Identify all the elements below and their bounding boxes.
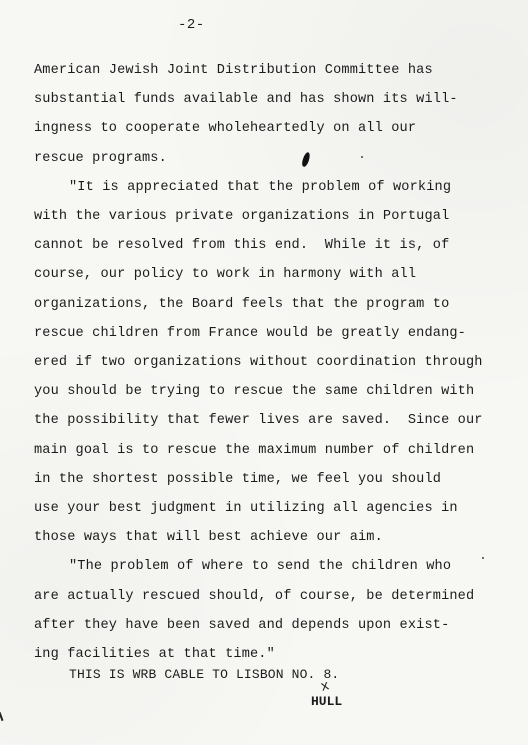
text-line: "The problem of where to send the childr… — [69, 558, 451, 576]
text-line: course, our policy to work in harmony wi… — [34, 266, 416, 284]
text-line: rescue programs. — [34, 150, 167, 168]
text-line: the possibility that fewer lives are sav… — [34, 412, 483, 430]
text-line: organizations, the Board feels that the … — [34, 296, 449, 314]
page-number: -2- — [178, 17, 205, 33]
speck — [482, 557, 484, 559]
text-line: use your best judgment in utilizing all … — [34, 500, 458, 518]
ink-blot — [301, 151, 311, 167]
text-line: substantial funds available and has show… — [34, 91, 458, 109]
text-line: rescue children from France would be gre… — [34, 325, 466, 343]
text-line: those ways that will best achieve our ai… — [34, 529, 383, 547]
closing-line: THIS IS WRB CABLE TO LISBON NO. 8. — [69, 666, 339, 684]
text-line: American Jewish Joint Distribution Commi… — [34, 62, 433, 80]
text-line: cannot be resolved from this end. While … — [34, 237, 449, 255]
speck — [361, 156, 363, 158]
text-line: with the various private organizations i… — [34, 208, 449, 226]
margin-mark — [0, 712, 3, 721]
signature: HULL — [311, 694, 342, 709]
document-page: -2- American Jewish Joint Distribution C… — [0, 0, 528, 745]
text-line: ered if two organizations without coordi… — [34, 354, 483, 372]
text-line: are actually rescued should, of course, … — [34, 588, 474, 606]
text-line: in the shortest possible time, we feel y… — [34, 471, 441, 489]
text-line: main goal is to rescue the maximum numbe… — [34, 442, 474, 460]
text-line: you should be trying to rescue the same … — [34, 383, 474, 401]
text-line: "It is appreciated that the problem of w… — [69, 179, 451, 197]
text-line: ing facilities at that time." — [34, 646, 275, 664]
text-line: after they have been saved and depends u… — [34, 617, 449, 635]
text-line: ingness to cooperate wholeheartedly on a… — [34, 120, 416, 138]
